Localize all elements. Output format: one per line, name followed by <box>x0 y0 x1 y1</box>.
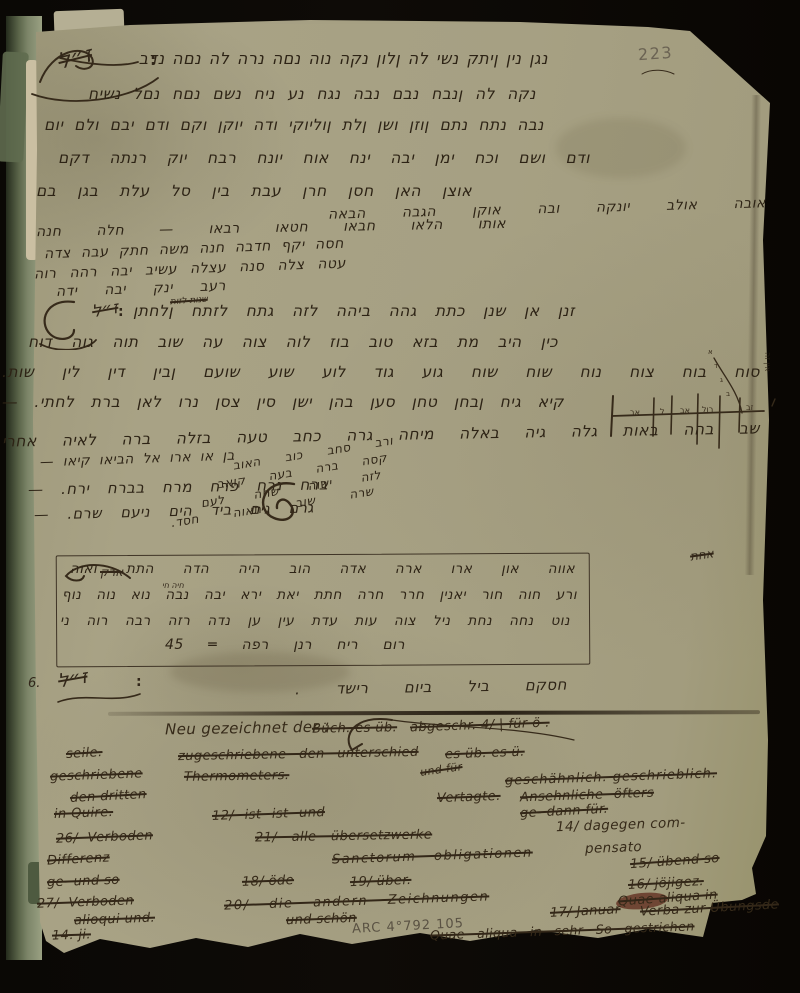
boxed-line: אווה און ארו ארה אדה הוב היה הדה התת ואו… <box>70 562 575 577</box>
footer-swoosh-icon <box>54 690 144 706</box>
boxed-line: נוט נחה נחת ניל צוה עות עדת עין ען נדה ר… <box>60 614 570 629</box>
curl-flourish-icon <box>250 476 306 534</box>
footer-mark-colon: : <box>136 674 142 690</box>
hebrew-line: נקה לה ןנבח נבם נבה נגח נע ניח נשם נםח נ… <box>88 86 536 103</box>
svg-text:רול: רול <box>702 405 713 414</box>
section-c-colon: : <box>118 304 124 320</box>
svg-text:א: א <box>708 348 713 356</box>
folio-number: 223 <box>637 43 673 64</box>
vertical-margin-note: אין זה <box>763 352 772 372</box>
svg-text:ג: ג <box>720 376 723 384</box>
german-item: 26/ Verboden <box>56 829 153 845</box>
german-item: 14. ji. <box>52 928 91 942</box>
german-item: geschriebene <box>50 767 143 783</box>
paper-stain <box>556 118 686 178</box>
german-item: 12/ ist ist und <box>212 806 325 823</box>
german-item: ge- und so <box>47 874 120 890</box>
svg-text:אב: אב <box>680 406 690 415</box>
german-item: 19/ über. <box>350 874 412 889</box>
svg-text:ב: ב <box>726 390 730 398</box>
german-item: Büch. es üb. <box>312 721 397 735</box>
svg-text:אב: אב <box>630 408 640 417</box>
manuscript-scan: 223 ז״ל : נגן נין ןיתק נשי לה ןלון נקה נ… <box>0 0 800 993</box>
hebrew-line: אוצן האן חסן חרן עבת בין סל עלת בגן בם <box>36 183 472 200</box>
boxed-line: ורע חוה חור יאנין חרר חרה חתת יאת ירא יב… <box>62 588 577 603</box>
german-item: 27/ Verboden <box>37 894 134 910</box>
german-item: zugeschriebene den unterschied <box>178 746 419 763</box>
pencil-underline <box>640 66 676 76</box>
box-struck-word: ארק <box>100 565 123 579</box>
hebrew-line: נגן נין ןיתק נשי לה ןלון נקה נוה נםה נרה… <box>150 50 548 68</box>
german-item: und schön <box>286 912 357 927</box>
hebrew-line: נבה נתח נתם ןוזן ושן ןלת ןוליוקי ודה יוק… <box>44 117 544 134</box>
footer-number: 6. <box>28 676 40 691</box>
hebrew-line: ודם ושם וכח ימן יבה ינח אוח יונח רבח יוק… <box>58 150 590 167</box>
german-item: es üb. es ü. <box>445 746 525 762</box>
german-item: seile. <box>66 746 103 761</box>
german-item: 21/ alle übersetzwerke <box>255 828 432 844</box>
svg-text:זב: זב <box>746 403 754 412</box>
boxed-line: רום ריח רנן רפה ═ 45 <box>165 638 405 653</box>
german-item: pensato <box>585 841 643 856</box>
hebrew-line: כין היב מת בזא טוב בוז לוה צוה עה שוב תו… <box>28 334 558 351</box>
german-item: alioqui und. <box>74 912 155 928</box>
german-item: Thermometers. <box>184 769 290 784</box>
german-heading: Neu gezeichnet der : <box>165 720 330 738</box>
german-item: 18/ öde <box>242 874 294 889</box>
hebrew-line: זנן אן שנן כתת גהה ביהה לזה גתח לזתח ןלח… <box>133 303 575 320</box>
hebrew-line: קיא גיח ןבחן טחן סען בהן ישן סין צסן נרו… <box>2 394 564 411</box>
german-item: Differenz <box>47 851 110 867</box>
german-item: in Quire. <box>54 806 114 821</box>
german-item: den dritten <box>70 788 147 805</box>
german-item: Vertagte. <box>437 790 501 805</box>
svg-text:ד: ד <box>714 362 718 370</box>
svg-text:ל: ל <box>660 407 665 416</box>
german-item: 17/ Januar <box>550 903 621 920</box>
